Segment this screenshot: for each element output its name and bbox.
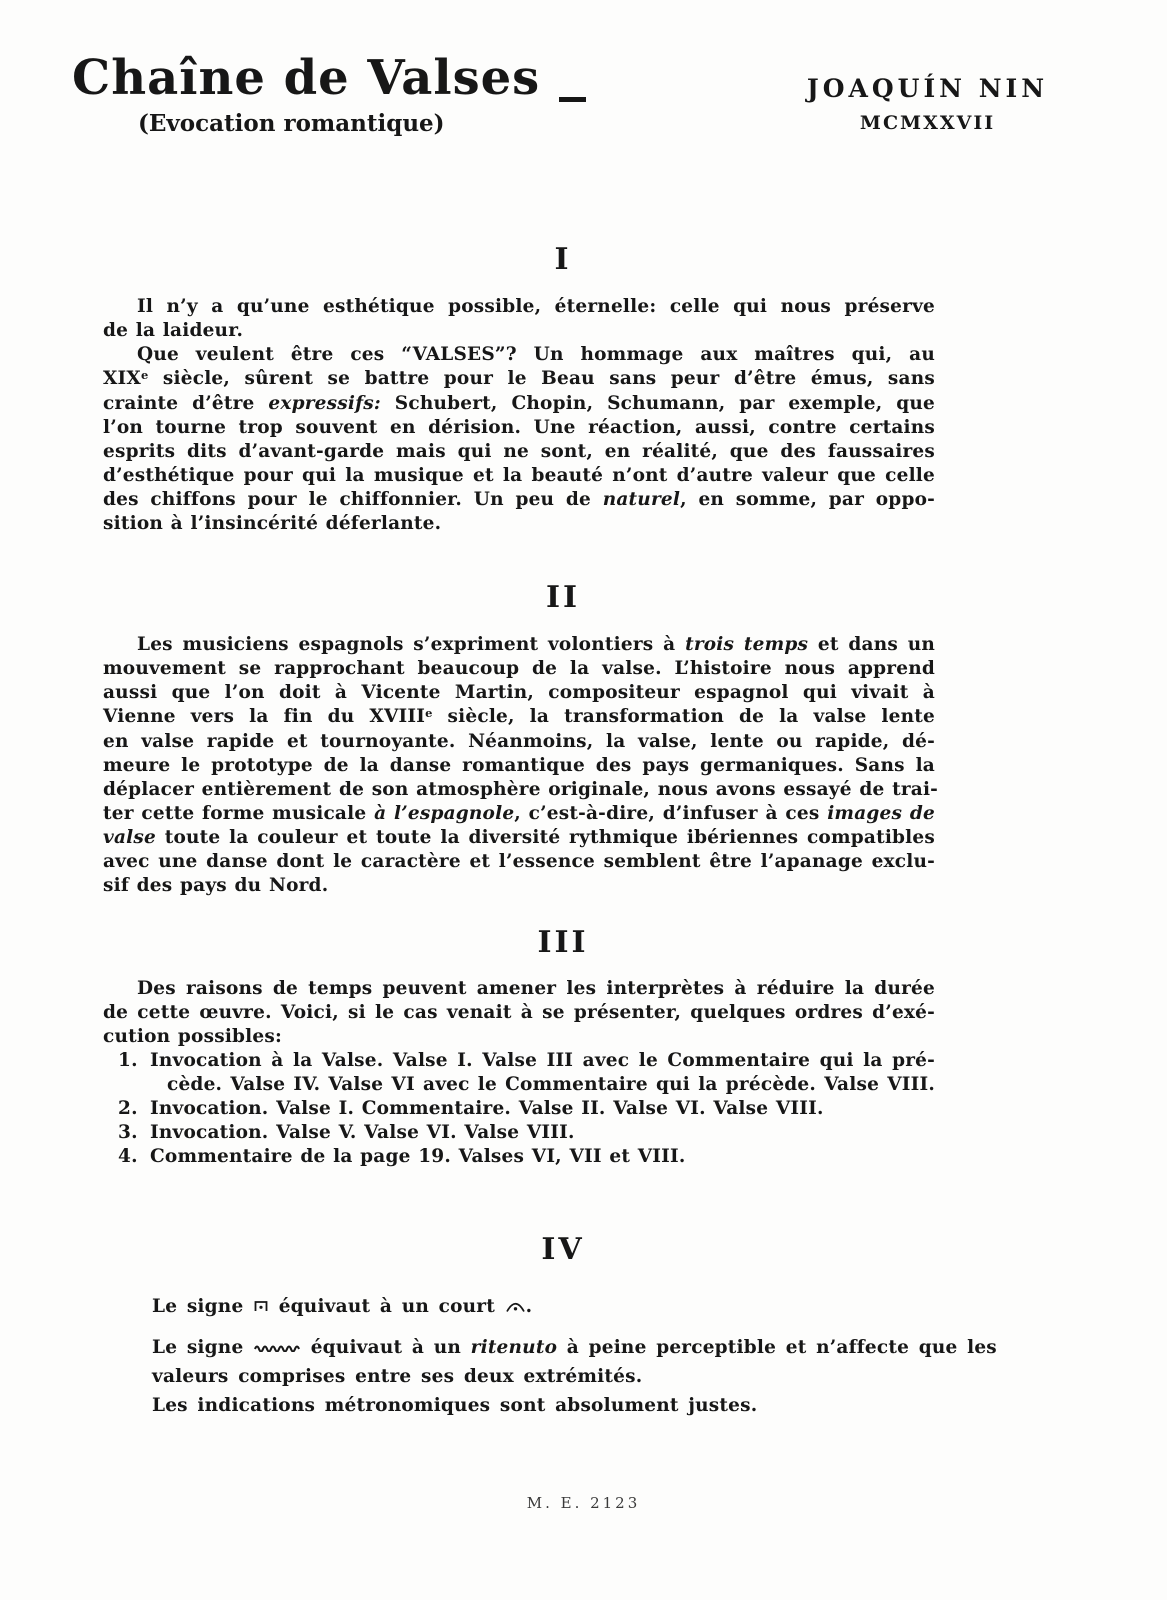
text-segment: cution possibles: — [103, 1026, 282, 1047]
italic-text: trois temps — [685, 634, 808, 655]
text-segment: équivaut à un court — [269, 1296, 505, 1317]
text-segment: crainte d’être — [103, 393, 268, 414]
text-line: 4.Commentaire de la page 19. Valses VI, … — [103, 1145, 935, 1169]
superscript-text: e — [141, 368, 149, 382]
section-heading-ii: II — [103, 580, 1023, 615]
text-segment: Il n’y a qu’une esthétique possible, éte… — [137, 296, 935, 317]
text-line: 3.Invocation. Valse V. Valse VI. Valse V… — [103, 1121, 935, 1145]
title-dash-mark — [559, 97, 586, 102]
text-segment: équivaut à un — [301, 1337, 471, 1358]
page-subtitle: (Evocation romantique) — [138, 110, 445, 137]
text-line: ter cette forme musicale à l’espagnole, … — [103, 802, 935, 826]
text-segment: aussi que l’on doit à Vicente Martin, co… — [103, 682, 935, 703]
text-line: des chiffons pour le chiffonnier. Un peu… — [103, 488, 935, 512]
text-segment: ter cette forme musicale — [103, 803, 374, 824]
list-marker: 1. — [118, 1049, 138, 1073]
text-segment: sif des pays du Nord. — [103, 875, 328, 896]
text-line: en valse rapide et tournoyante. Néanmoin… — [103, 730, 935, 754]
text-segment: Des raisons de temps peuvent amener les … — [137, 978, 935, 999]
text-line: crainte d’être expressifs: Schubert, Cho… — [103, 392, 935, 416]
text-line: Des raisons de temps peuvent amener les … — [103, 977, 935, 1001]
text-line: l’on tourne trop souvent en dérision. Un… — [103, 416, 935, 440]
text-segment: et dans un — [808, 634, 935, 655]
text-segment: , en somme, par oppo- — [680, 489, 935, 510]
section-body-i: Il n’y a qu’une esthétique possible, éte… — [103, 295, 935, 536]
text-line: 2.Invocation. Valse I. Commentaire. Vals… — [103, 1097, 935, 1121]
text-line: Que veulent être ces “VALSES”? Un hommag… — [103, 343, 935, 367]
text-line: valeurs comprises entre ses deux extrémi… — [152, 1362, 932, 1391]
section-body-ii: Les musiciens espagnols s’expriment volo… — [103, 633, 935, 898]
text-segment: en valse rapide et tournoyante. Néanmoin… — [103, 731, 935, 752]
text-segment: mouvement se rapprochant beaucoup de la … — [103, 658, 935, 679]
document-page: Chaîne de Valses (Evocation romantique) … — [0, 0, 1167, 1600]
text-line: de la laideur. — [103, 319, 935, 343]
italic-text: images de — [827, 803, 935, 824]
publication-year: MCMXXVII — [800, 112, 1055, 134]
text-segment: des chiffons pour le chiffonnier. Un peu… — [103, 489, 603, 510]
text-line: sition à l’insincérité déferlante. — [103, 512, 935, 536]
text-segment: Le signe — [152, 1296, 253, 1317]
text-segment: , c’est-à-dire, d’infuser à ces — [514, 803, 827, 824]
text-line: cède. Valse IV. Valse VI avec le Comment… — [103, 1073, 935, 1097]
short-fermata-icon — [253, 1292, 269, 1321]
italic-text: à l’espagnole — [374, 803, 514, 824]
text-line: Il n’y a qu’une esthétique possible, éte… — [103, 295, 935, 319]
italic-text: expressifs: — [268, 393, 381, 414]
text-line: 1.Invocation à la Valse. Valse I. Valse … — [103, 1049, 935, 1073]
text-segment: valeurs comprises entre ses deux extrémi… — [152, 1366, 642, 1387]
page-title: Chaîne de Valses — [72, 50, 540, 106]
text-line: Les musiciens espagnols s’expriment volo… — [103, 633, 935, 657]
fermata-icon — [505, 1292, 526, 1321]
text-segment: de cette œuvre. Voici, si le cas venait … — [103, 1002, 935, 1023]
author-name: JOAQUÍN NIN — [800, 74, 1055, 103]
author-block: JOAQUÍN NIN MCMXXVII — [800, 74, 1055, 134]
text-line: sif des pays du Nord. — [103, 874, 935, 898]
text-segment: l’on tourne trop souvent en dérision. Un… — [103, 417, 935, 438]
text-segment: . — [526, 1296, 533, 1317]
text-segment: cède. Valse IV. Valse VI avec le Comment… — [167, 1074, 935, 1095]
text-line: mouvement se rapprochant beaucoup de la … — [103, 657, 935, 681]
text-line: Vienne vers la fin du XVIIIe siècle, la … — [103, 705, 935, 730]
text-segment: esprits dits d’avant-garde mais qui ne s… — [103, 441, 935, 462]
text-line: meure le prototype de la danse romantiqu… — [103, 754, 935, 778]
text-line: avec une danse dont le caractère et l’es… — [103, 850, 935, 874]
text-segment: Invocation. Valse V. Valse VI. Valse VII… — [150, 1122, 575, 1143]
text-line: déplacer entièrement de son atmosphère o… — [103, 778, 935, 802]
text-segment: Le signe — [152, 1337, 253, 1358]
text-segment: siècle, la transformation de la valse le… — [433, 706, 935, 727]
text-line: XIXe siècle, sûrent se battre pour le Be… — [103, 367, 935, 392]
text-segment: Vienne vers la fin du XVIII — [103, 706, 425, 727]
section-body-iv: Le signe équivaut à un court .Le signe é… — [152, 1292, 932, 1420]
text-segment: Invocation. Valse I. Commentaire. Valse … — [150, 1098, 824, 1119]
wavy-line-icon — [253, 1333, 301, 1362]
text-segment: Les musiciens espagnols s’expriment volo… — [137, 634, 685, 655]
text-line: Les indications métronomiques sont absol… — [152, 1391, 932, 1420]
text-segment: toute la couleur et toute la diversité r… — [156, 827, 935, 848]
list-marker: 2. — [118, 1097, 138, 1121]
section-heading-i: I — [103, 242, 1023, 277]
text-segment: Schubert, Chopin, Schumann, par exemple,… — [381, 393, 935, 414]
superscript-text: e — [425, 706, 433, 720]
italic-text: ritenuto — [471, 1337, 557, 1358]
text-segment: déplacer entièrement de son atmosphère o… — [103, 779, 938, 800]
text-segment: Que veulent être ces “VALSES”? Un hommag… — [137, 344, 935, 365]
text-segment: Les indications métronomiques sont absol… — [152, 1395, 757, 1416]
section-body-iii: Des raisons de temps peuvent amener les … — [103, 977, 935, 1169]
text-line: aussi que l’on doit à Vicente Martin, co… — [103, 681, 935, 705]
text-segment: siècle, sûrent se battre pour le Beau sa… — [148, 368, 935, 389]
text-line: valse toute la couleur et toute la diver… — [103, 826, 935, 850]
text-line: de cette œuvre. Voici, si le cas venait … — [103, 1001, 935, 1025]
text-segment: avec une danse dont le caractère et l’es… — [103, 851, 935, 872]
text-segment: à peine perceptible et n’affecte que les — [557, 1337, 997, 1358]
text-segment: Invocation à la Valse. Valse I. Valse II… — [150, 1050, 935, 1071]
text-segment: Commentaire de la page 19. Valses VI, VI… — [150, 1146, 685, 1167]
text-segment: meure le prototype de la danse romantiqu… — [103, 755, 935, 776]
section-heading-iii: III — [103, 925, 1023, 960]
list-marker: 4. — [118, 1145, 138, 1169]
text-segment: XIX — [103, 368, 141, 389]
text-segment: sition à l’insincérité déferlante. — [103, 513, 441, 534]
text-segment: de la laideur. — [103, 320, 243, 341]
list-marker: 3. — [118, 1121, 138, 1145]
plate-number: M. E. 2123 — [0, 1494, 1167, 1512]
text-line: d’esthétique pour qui la musique et la b… — [103, 464, 935, 488]
text-line: Le signe équivaut à un ritenuto à peine … — [152, 1333, 932, 1362]
italic-text: valse — [103, 827, 156, 848]
italic-text: naturel — [603, 489, 680, 510]
text-line: cution possibles: — [103, 1025, 935, 1049]
section-heading-iv: IV — [103, 1232, 1023, 1267]
text-line: esprits dits d’avant-garde mais qui ne s… — [103, 440, 935, 464]
text-line: Le signe équivaut à un court . — [152, 1292, 932, 1321]
text-segment: d’esthétique pour qui la musique et la b… — [103, 465, 935, 486]
